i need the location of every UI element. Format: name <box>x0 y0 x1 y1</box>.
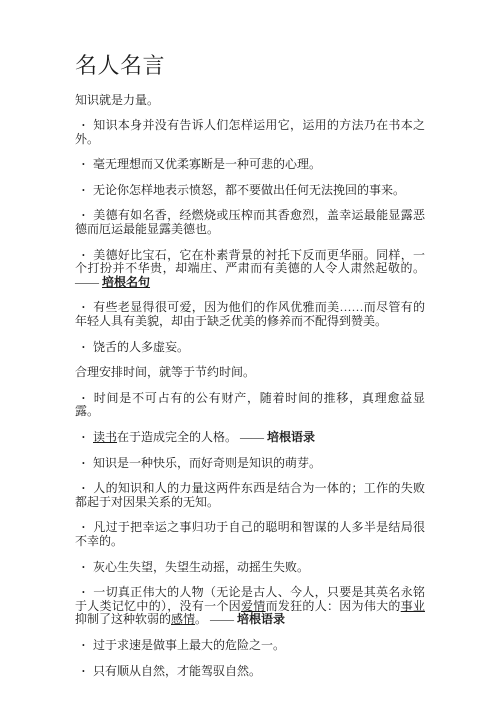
bullet-paragraph: •美德有如名香，经燃烧或压榨而其香愈烈，盖幸运最能显露恶德而厄运最能显露美德也。 <box>75 209 425 236</box>
bullet-marker: • <box>82 521 86 535</box>
text-segment: 培根名句 <box>102 275 150 289</box>
text-segment: 无论你怎样地表示愤怒，都不要做出任何无法挽回的事来。 <box>93 183 405 197</box>
bullet-paragraph: •凡过于把幸运之事归功于自己的聪明和智谋的人多半是结局很不幸的。 <box>75 521 425 548</box>
bullet-paragraph: •读书在于造成完全的人格。 —— 培根语录 <box>75 431 425 445</box>
text-segment: 读书 <box>93 430 117 444</box>
bullet-marker: • <box>82 184 86 198</box>
bullet-paragraph: •毫无理想而又优柔寡断是一种可悲的心理。 <box>75 158 425 172</box>
text-segment: 而发狂的人：因为伟大的 <box>266 599 401 613</box>
bullet-marker: • <box>82 665 86 679</box>
document-title: 名人名言 <box>75 52 425 80</box>
bullet-paragraph: •知识是一种快乐，而好奇则是知识的萌芽。 <box>75 457 425 471</box>
bullet-paragraph: •过于求速是做事上最大的危险之一。 <box>75 639 425 653</box>
bullet-paragraph: •知识本身并没有告诉人们怎样运用它，运用的方法乃在书本之外。 <box>75 119 425 146</box>
bullet-marker: • <box>82 341 86 355</box>
bullet-paragraph: •无论你怎样地表示愤怒，都不要做出任何无法挽回的事来。 <box>75 184 425 198</box>
bullet-marker: • <box>82 431 86 445</box>
bullet-paragraph: •一切真正伟大的人物（无论是古人、今人，只要是其英名永铭于人类记忆中的），没有一… <box>75 586 425 627</box>
text-segment: 感情 <box>171 612 195 626</box>
text-segment: 培根语录 <box>237 612 285 626</box>
bullet-marker: • <box>82 586 86 600</box>
text-segment: 合理安排时间，就等于节约时间。 <box>75 365 255 379</box>
bullet-marker: • <box>82 301 86 315</box>
bullet-marker: • <box>82 639 86 653</box>
bullet-paragraph: •只有顺从自然，才能驾驭自然。 <box>75 665 425 679</box>
text-segment: 时间是不可占有的公有财产，随着时间的推移，真理愈益显露。 <box>75 391 425 419</box>
bullet-paragraph: •时间是不可占有的公有财产，随着时间的推移，真理愈益显露。 <box>75 392 425 419</box>
bullet-marker: • <box>82 119 86 133</box>
text-segment: 事业 <box>401 599 425 613</box>
text-segment: 抑制了这种软弱的 <box>75 612 171 626</box>
text-segment: 知识就是力量。 <box>75 93 159 107</box>
text-segment: 灰心生失望，失望生动摇，动摇生失败。 <box>93 560 309 574</box>
document-body: 知识就是力量。•知识本身并没有告诉人们怎样运用它，运用的方法乃在书本之外。•毫无… <box>75 94 425 679</box>
bullet-marker: • <box>82 482 86 496</box>
bullet-paragraph: •有些老显得很可爱，因为他们的作风优雅而美……而尽管有的年轻人具有美貌，却由于缺… <box>75 301 425 328</box>
bullet-paragraph: •饶舌的人多虚妄。 <box>75 341 425 355</box>
text-segment: 。 —— <box>195 612 237 626</box>
text-segment: 美德有如名香，经燃烧或压榨而其香愈烈，盖幸运最能显露恶德而厄运最能显露美德也。 <box>75 208 425 236</box>
plain-paragraph: 合理安排时间，就等于节约时间。 <box>75 366 425 380</box>
bullet-marker: • <box>82 457 86 471</box>
bullet-marker: • <box>82 392 86 406</box>
document-page: 名人名言 知识就是力量。•知识本身并没有告诉人们怎样运用它，运用的方法乃在书本之… <box>0 0 500 707</box>
plain-paragraph: 知识就是力量。 <box>75 94 425 108</box>
bullet-paragraph: •美德好比宝石，它在朴素背景的衬托下反而更华丽。同样，一个打扮并不华贵，却端庄、… <box>75 249 425 290</box>
text-segment: 知识是一种快乐，而好奇则是知识的萌芽。 <box>93 456 321 470</box>
text-segment: 毫无理想而又优柔寡断是一种可悲的心理。 <box>93 157 321 171</box>
bullet-marker: • <box>82 561 86 575</box>
text-segment: 过于求速是做事上最大的危险之一。 <box>93 638 285 652</box>
bullet-paragraph: •灰心生失望，失望生动摇，动摇生失败。 <box>75 561 425 575</box>
text-segment: 人的知识和人的力量这两件东西是结合为一体的；工作的失败都起于对因果关系的无知。 <box>75 481 425 509</box>
bullet-marker: • <box>82 158 86 172</box>
text-segment: 凡过于把幸运之事归功于自己的聪明和智谋的人多半是结局很不幸的。 <box>75 520 425 548</box>
text-segment: 饶舌的人多虚妄。 <box>93 340 189 354</box>
text-segment: 培根语录 <box>267 430 315 444</box>
text-segment: 有些老显得很可爱，因为他们的作风优雅而美……而尽管有的年轻人具有美貌，却由于缺乏… <box>75 300 425 328</box>
text-segment: 知识本身并没有告诉人们怎样运用它，运用的方法乃在书本之外。 <box>75 118 425 146</box>
bullet-paragraph: •人的知识和人的力量这两件东西是结合为一体的；工作的失败都起于对因果关系的无知。 <box>75 482 425 509</box>
text-segment: 在于造成完全的人格。 —— <box>117 430 267 444</box>
text-segment: 只有顺从自然，才能驾驭自然。 <box>93 664 261 678</box>
text-segment: 爱情 <box>241 599 266 613</box>
